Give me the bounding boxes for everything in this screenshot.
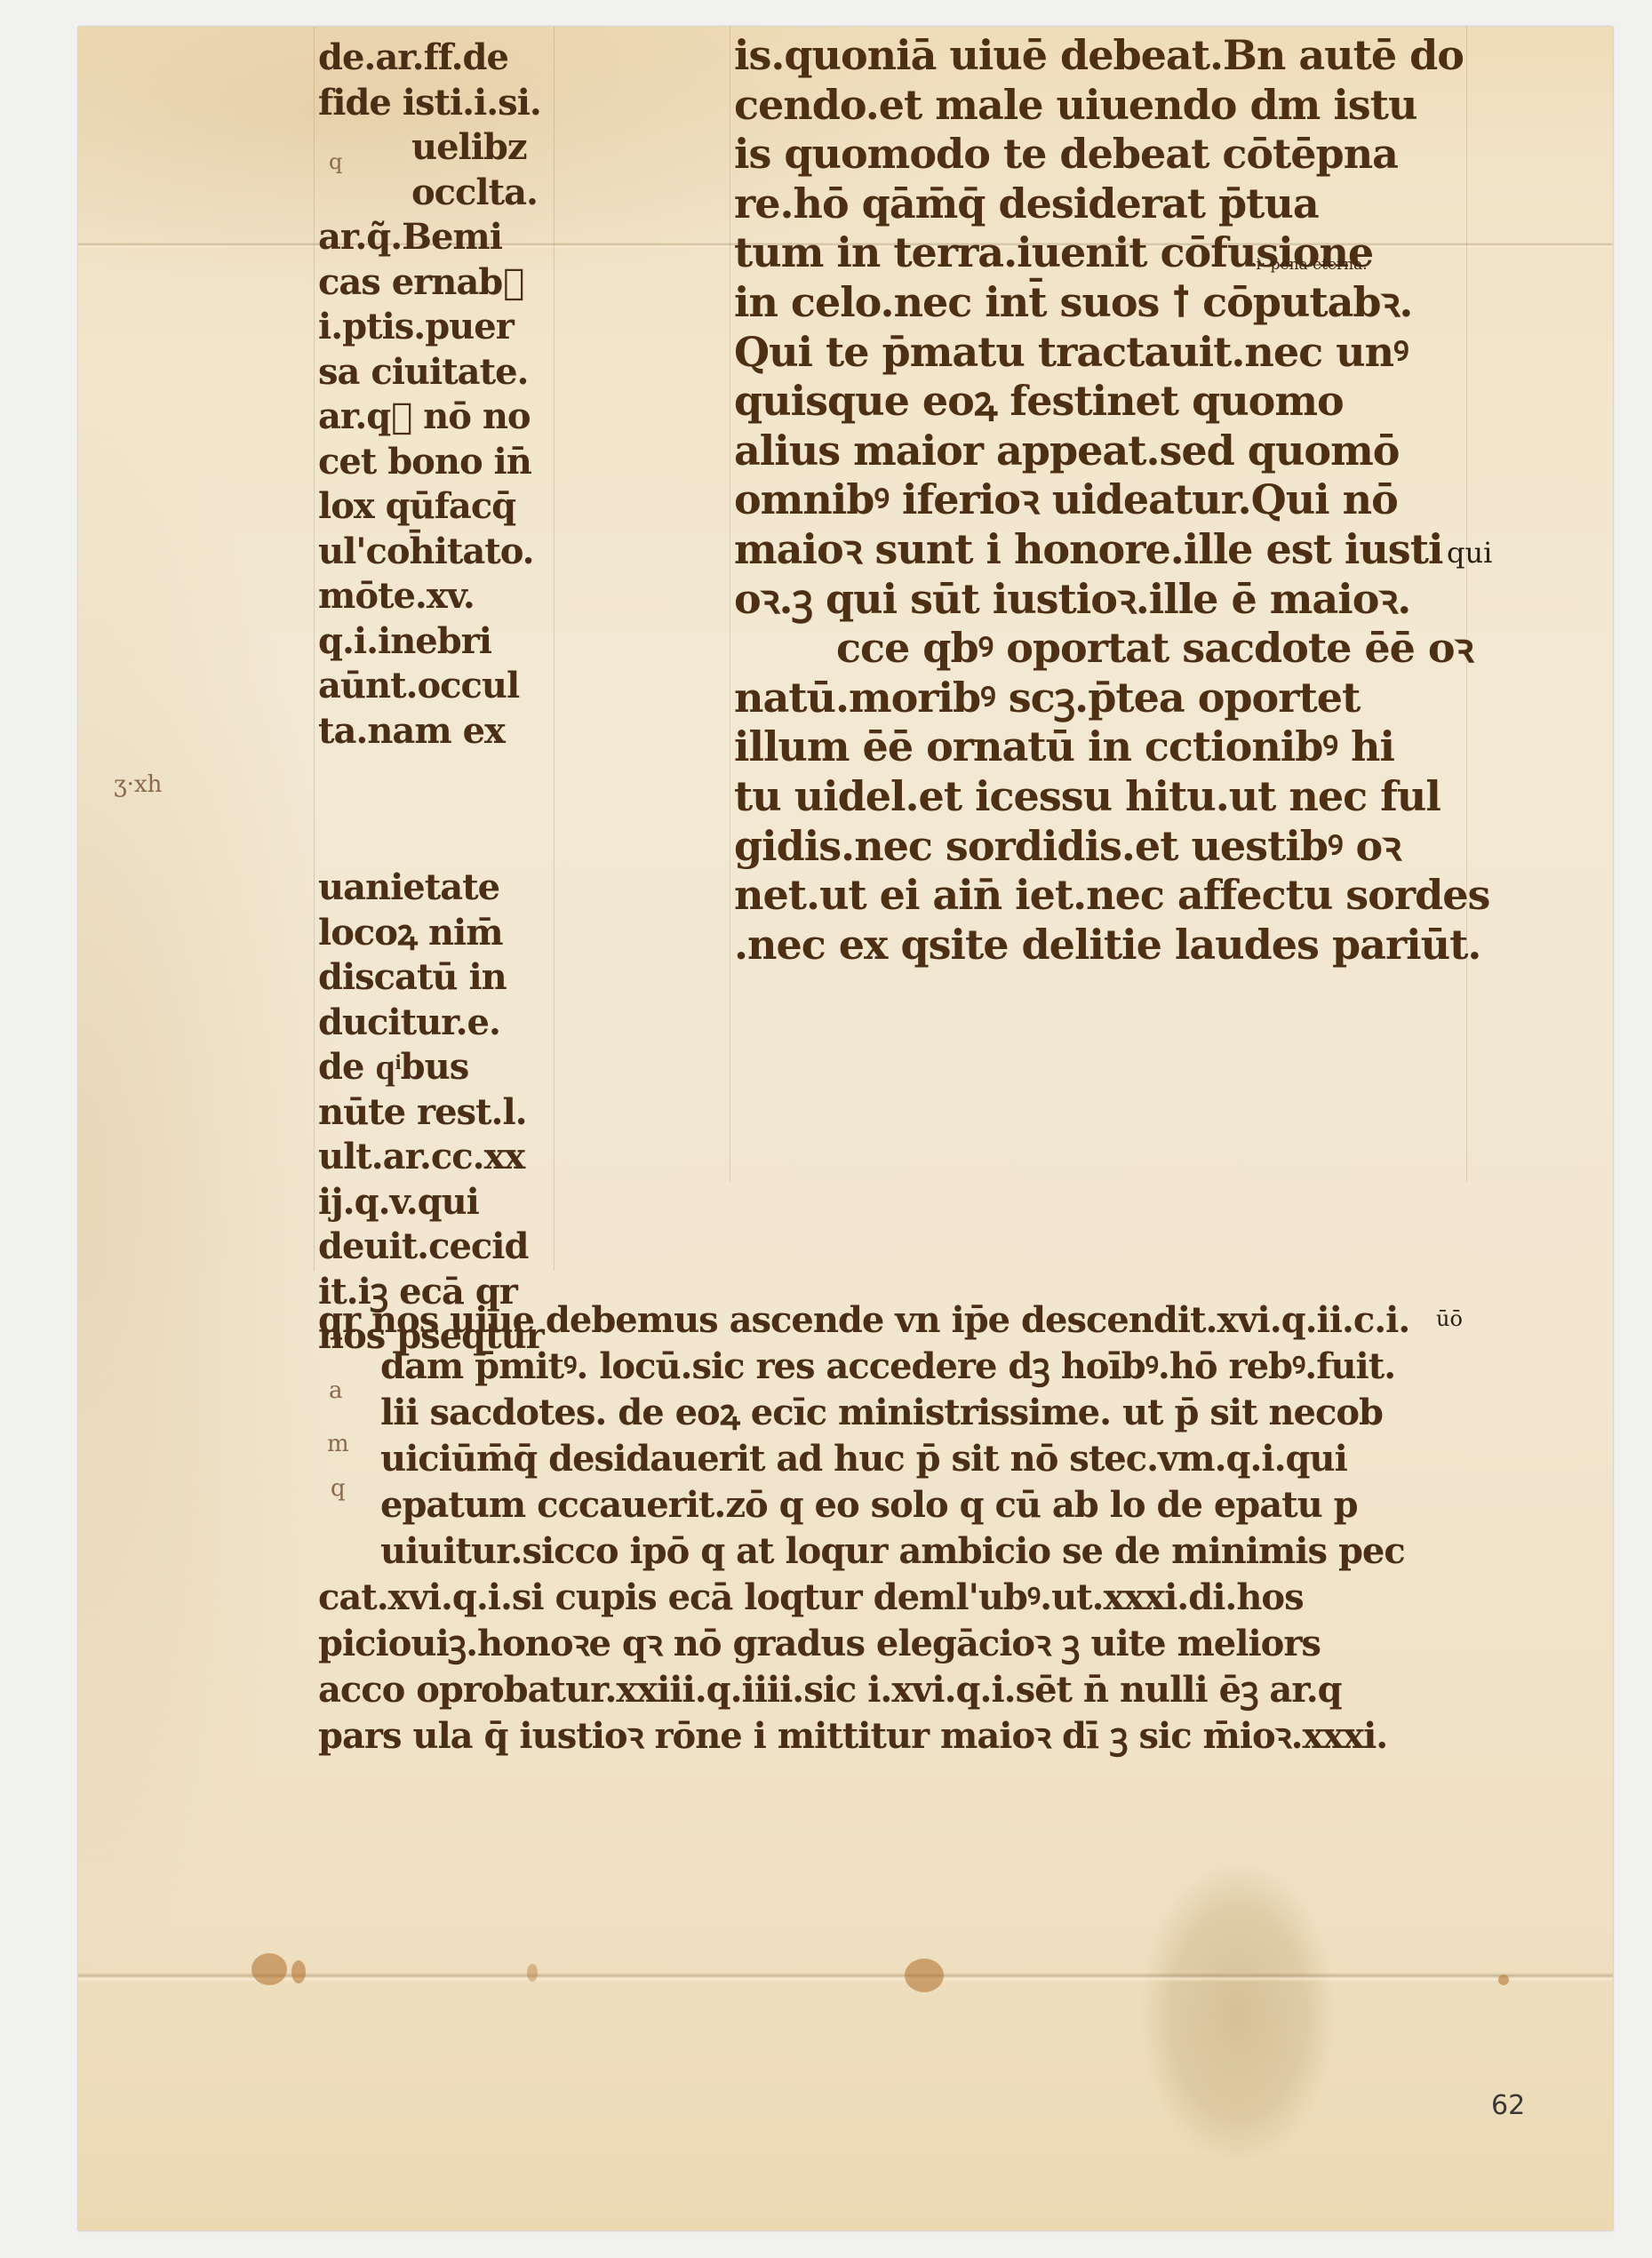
ruling-line-text-left: [730, 27, 730, 1182]
text-line: maioꝛ sunt i honore.ille est iusti: [734, 525, 1489, 575]
text-line: re.hō qām̄q̄ desiderat p̄tua: [734, 180, 1489, 229]
text-line: gidis.nec sordidis.et uestibꝰ oꝛ: [734, 822, 1489, 872]
text-line: oꝛ.ꝫ qui sūt iustioꝛ.ille ē maioꝛ.: [734, 575, 1489, 625]
text-line: illum ēē ornatū in cctionibꝰ hi: [734, 722, 1489, 772]
text-line: quisque eoꝝ festinet quomo: [734, 377, 1489, 427]
main-text-column: is.quoniā uiuē debeat.Bn autē do cendo.e…: [734, 31, 1489, 969]
text-line: tum in terra.iuenit cōfusione: [734, 228, 1489, 278]
gloss-line: epatum cccauerit.zō q eo solo q cū ab lo…: [318, 1482, 1409, 1528]
text-line-indented: cce qbꝰ oportat sacdote ēē oꝛ: [734, 624, 1489, 674]
gloss-line: ij.q.v.qui: [318, 1180, 544, 1225]
gloss-line: discatū in: [318, 955, 544, 1001]
gloss-line: cat.xvi.q.i.si cupis ecā loqtur deml'ubꝰ…: [318, 1575, 1409, 1621]
gloss-line: ar.q̃.Bemi: [318, 215, 544, 260]
gloss-line: piciouiꝫ.honoꝛe qꝛ nō gradus elegācioꝛ ꝫ…: [318, 1621, 1409, 1667]
gloss-line: q.i.inebri: [318, 619, 544, 665]
gloss-line: uiciūm̄q̄ desidauerit ad huc p̄ sit nō s…: [318, 1436, 1409, 1482]
margin-correction-qui: qui: [1447, 536, 1492, 570]
ruling-line-gloss-left: [314, 27, 315, 1271]
gloss-line: i.ptis.puer: [318, 305, 544, 350]
text-line: .nec ex qsite delitie laudes pariūt.: [734, 921, 1489, 970]
gloss-line: nūte rest.l.: [318, 1090, 544, 1136]
margin-letter: q: [331, 1475, 346, 1502]
gloss-line: uelibz: [318, 125, 544, 171]
gloss-line: uanietate: [318, 866, 544, 911]
gloss-line: lii sacdotes. de eoꝝ ecīc ministrissime.…: [318, 1390, 1409, 1436]
margin-letter: m: [327, 1431, 349, 1457]
text-line: tu uidel.et icessu hitu.ut nec ful: [734, 772, 1489, 822]
margin-note-right: ūō: [1436, 1306, 1463, 1331]
stain-spots: [78, 1953, 1613, 2007]
text-line: in celo.nec int̄ suos ꝉ cōputabꝛ.: [734, 278, 1489, 328]
gloss-line: aūnt.occul: [318, 664, 544, 709]
gloss-line: lox qūfacq̄: [318, 484, 544, 530]
gloss-line: uiuitur.sicco ipō q at loqur ambicio se …: [318, 1528, 1409, 1575]
text-line: natū.moribꝰ scꝫ.p̄tea oportet: [734, 674, 1489, 723]
folio-note-left: ʒ·xh: [114, 771, 162, 798]
text-line: cendo.et male uiuendo dm istu: [734, 81, 1489, 131]
gloss-line: cet bono in̄: [318, 440, 544, 485]
gloss-line: acco oprobatur.xxiii.q.iiii.sic i.xvi.q.…: [318, 1667, 1409, 1713]
gloss-line: ul'coh̄itato.: [318, 530, 544, 575]
gloss-line: ult.ar.cc.xx: [318, 1135, 544, 1180]
margin-letter: a: [329, 1377, 343, 1404]
gloss-line: occlta.: [318, 171, 544, 216]
left-gloss-column: de.ar.ff.de fide isti.i.si. uelibz occlt…: [318, 36, 544, 1360]
gloss-line: de qͥbus: [318, 1045, 544, 1090]
gloss-line: dam p̄mitꝰ. locū.sic res accedere dꝫ hoī…: [318, 1344, 1409, 1390]
manuscript-leaf: de.ar.ff.de fide isti.i.si. uelibz occlt…: [78, 27, 1613, 2230]
text-line: is quomodo te debeat cōtēpna: [734, 130, 1489, 180]
gloss-line: ar.q᷒ nō no: [318, 395, 544, 440]
text-line: is.quoniā uiuē debeat.Bn autē do: [734, 31, 1489, 81]
gloss-line: qr nos uiue debemus ascende vn ip̄e desc…: [318, 1297, 1409, 1344]
text-line: Qui te p̄matu tractauit.nec unꝰ: [734, 328, 1489, 378]
gloss-line: mōte.xv.: [318, 574, 544, 619]
gloss-line: ta.nam ex: [318, 709, 544, 754]
gloss-line: locoꝝ nim̄: [318, 911, 544, 956]
text-line: net.ut ei ain̄ iet.nec affectu sordes: [734, 871, 1489, 921]
bottom-gloss-block: qr nos uiue debemus ascende vn ip̄e desc…: [318, 1297, 1409, 1759]
gloss-line: de.ar.ff.de: [318, 36, 544, 81]
pencil-folio-number: 62: [1491, 2090, 1525, 2121]
ruling-line-gloss-right: [554, 27, 555, 1271]
gloss-line: deuit.cecid: [318, 1225, 544, 1270]
text-line: alius maior appeat.sed quomō: [734, 427, 1489, 476]
text-line: omnibꝰ iferioꝛ uideatur.Qui nō: [734, 475, 1489, 525]
gloss-line: fide isti.i.si.: [318, 81, 544, 126]
gloss-line: ducitur.e.: [318, 1001, 544, 1046]
gloss-line: pars ula q̄ iustioꝛ rōne i mittitur maio…: [318, 1713, 1409, 1759]
gloss-line: sa ciuitate.: [318, 350, 544, 395]
margin-mark-top: q: [329, 149, 342, 174]
gloss-line: cas ernab᷒: [318, 260, 544, 306]
interlinear-gloss: ·i· pena eterna.: [1251, 256, 1368, 274]
